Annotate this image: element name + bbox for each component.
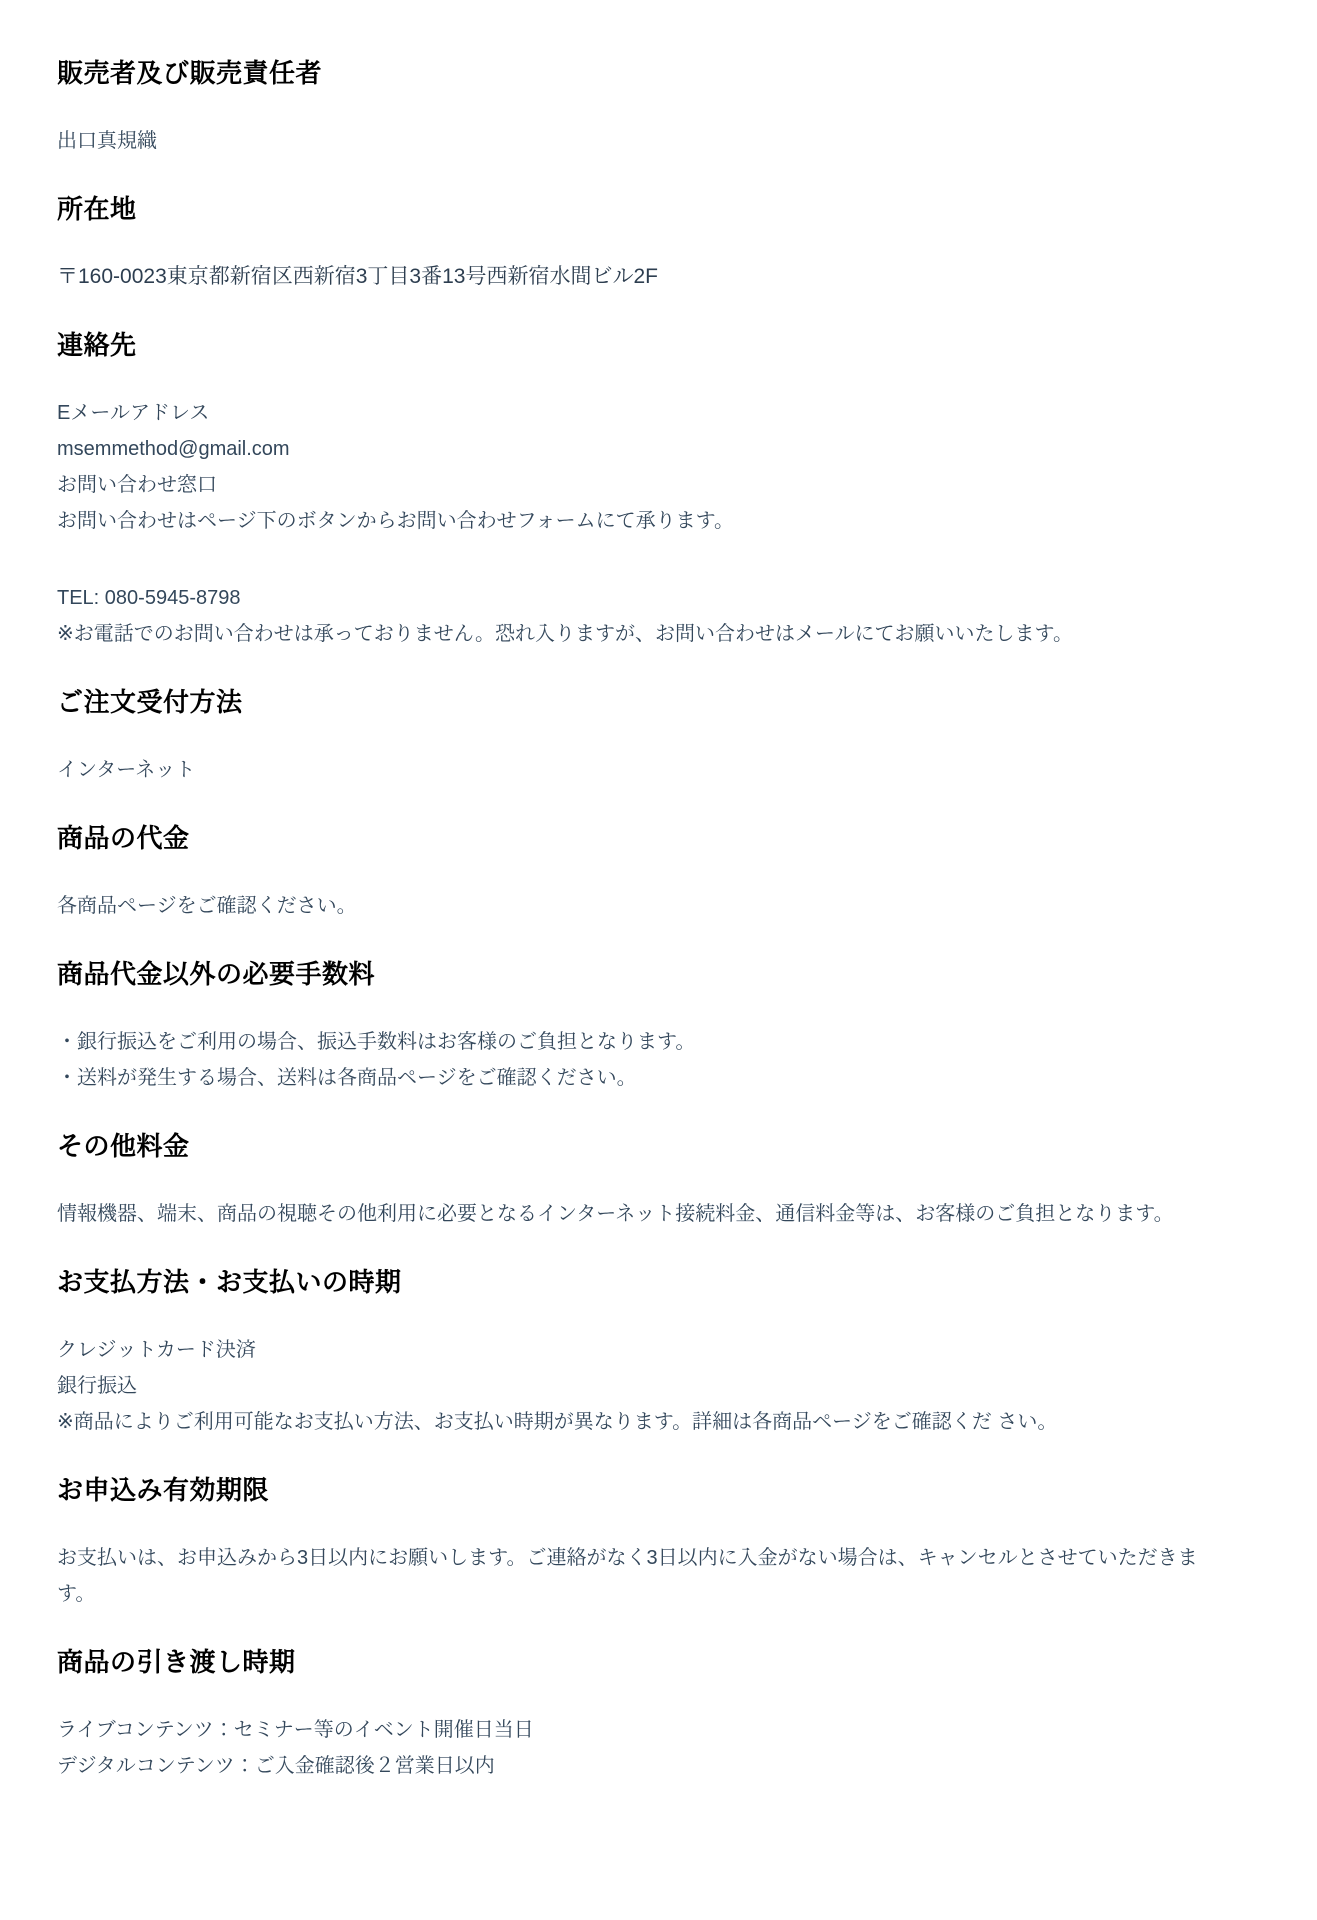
- section-title: 商品の代金: [57, 821, 1213, 855]
- section-extra-fees: 商品代金以外の必要手数料 ・銀行振込をご利用の場合、振込手数料はお客様のご負担と…: [57, 957, 1213, 1096]
- phone-note: ※お電話でのお問い合わせは承っておりません。恐れ入りますが、お問い合わせはメール…: [57, 616, 1213, 652]
- paragraph: インターネット: [57, 752, 1213, 788]
- order-method-value: インターネット: [57, 752, 1213, 788]
- section-order-method: ご注文受付方法 インターネット: [57, 685, 1213, 788]
- bank-transfer-fee-note: ・銀行振込をご利用の場合、振込手数料はお客様のご負担となります。: [57, 1024, 1213, 1060]
- inquiry-window-label: お問い合わせ窓口: [57, 467, 1213, 503]
- paragraph: お支払いは、お申込みから3日以内にお願いします。ご連絡がなく3日以内に入金がない…: [57, 1540, 1213, 1612]
- other-fees-note: 情報機器、端末、商品の視聴その他利用に必要となるインターネット接続料金、通信料金…: [57, 1196, 1213, 1232]
- paragraph: 情報機器、端末、商品の視聴その他利用に必要となるインターネット接続料金、通信料金…: [57, 1196, 1213, 1232]
- paragraph: 各商品ページをご確認ください。: [57, 888, 1213, 924]
- section-title: 商品の引き渡し時期: [57, 1645, 1213, 1679]
- section-contact: 連絡先 Eメールアドレス msemmethod@gmail.com お問い合わせ…: [57, 328, 1213, 652]
- paragraph: 出口真規織: [57, 123, 1213, 159]
- section-payment: お支払方法・お支払いの時期 クレジットカード決済 銀行振込 ※商品によりご利用可…: [57, 1265, 1213, 1440]
- paragraph-email: Eメールアドレス msemmethod@gmail.com お問い合わせ窓口 お…: [57, 395, 1213, 539]
- digital-content-delivery: デジタルコンテンツ：ご入金確認後２営業日以内: [57, 1748, 1213, 1784]
- section-other-fees: その他料金 情報機器、端末、商品の視聴その他利用に必要となるインターネット接続料…: [57, 1129, 1213, 1232]
- paragraph-phone: TEL: 080-5945-8798 ※お電話でのお問い合わせは承っておりません…: [57, 580, 1213, 652]
- payment-method-credit-card: クレジットカード決済: [57, 1332, 1213, 1368]
- inquiry-instructions: お問い合わせはページ下のボタンからお問い合わせフォームにて承ります。: [57, 503, 1213, 539]
- paragraph: 〒160-0023東京都新宿区西新宿3丁目3番13号西新宿水間ビル2F: [57, 259, 1213, 295]
- section-title: ご注文受付方法: [57, 685, 1213, 719]
- section-address: 所在地 〒160-0023東京都新宿区西新宿3丁目3番13号西新宿水間ビル2F: [57, 192, 1213, 295]
- live-content-delivery: ライブコンテンツ：セミナー等のイベント開催日当日: [57, 1712, 1213, 1748]
- postal-address: 〒160-0023東京都新宿区西新宿3丁目3番13号西新宿水間ビル2F: [57, 259, 1213, 295]
- section-title: 販売者及び販売責任者: [57, 56, 1213, 90]
- deadline-note: お支払いは、お申込みから3日以内にお願いします。ご連絡がなく3日以内に入金がない…: [57, 1540, 1213, 1612]
- paragraph: ・銀行振込をご利用の場合、振込手数料はお客様のご負担となります。 ・送料が発生す…: [57, 1024, 1213, 1096]
- seller-name: 出口真規織: [57, 123, 1213, 159]
- paragraph: ライブコンテンツ：セミナー等のイベント開催日当日 デジタルコンテンツ：ご入金確認…: [57, 1712, 1213, 1784]
- paragraph: クレジットカード決済 銀行振込 ※商品によりご利用可能なお支払い方法、お支払い時…: [57, 1332, 1213, 1440]
- email-label: Eメールアドレス: [57, 395, 1213, 431]
- shipping-fee-note: ・送料が発生する場合、送料は各商品ページをご確認ください。: [57, 1060, 1213, 1096]
- section-delivery-time: 商品の引き渡し時期 ライブコンテンツ：セミナー等のイベント開催日当日 デジタルコ…: [57, 1645, 1213, 1784]
- section-title: その他料金: [57, 1129, 1213, 1163]
- section-title: お支払方法・お支払いの時期: [57, 1265, 1213, 1299]
- phone-number: TEL: 080-5945-8798: [57, 580, 1213, 616]
- payment-note: ※商品によりご利用可能なお支払い方法、お支払い時期が異なります。詳細は各商品ペー…: [57, 1404, 1213, 1440]
- section-product-price: 商品の代金 各商品ページをご確認ください。: [57, 821, 1213, 924]
- payment-method-bank-transfer: 銀行振込: [57, 1368, 1213, 1404]
- section-title: 連絡先: [57, 328, 1213, 362]
- legal-disclosure-page: 販売者及び販売責任者 出口真規織 所在地 〒160-0023東京都新宿区西新宿3…: [0, 0, 1270, 1824]
- section-title: 商品代金以外の必要手数料: [57, 957, 1213, 991]
- section-title: お申込み有効期限: [57, 1473, 1213, 1507]
- section-title: 所在地: [57, 192, 1213, 226]
- section-application-deadline: お申込み有効期限 お支払いは、お申込みから3日以内にお願いします。ご連絡がなく3…: [57, 1473, 1213, 1612]
- product-price-note: 各商品ページをご確認ください。: [57, 888, 1213, 924]
- section-seller: 販売者及び販売責任者 出口真規織: [57, 56, 1213, 159]
- email-address: msemmethod@gmail.com: [57, 431, 1213, 467]
